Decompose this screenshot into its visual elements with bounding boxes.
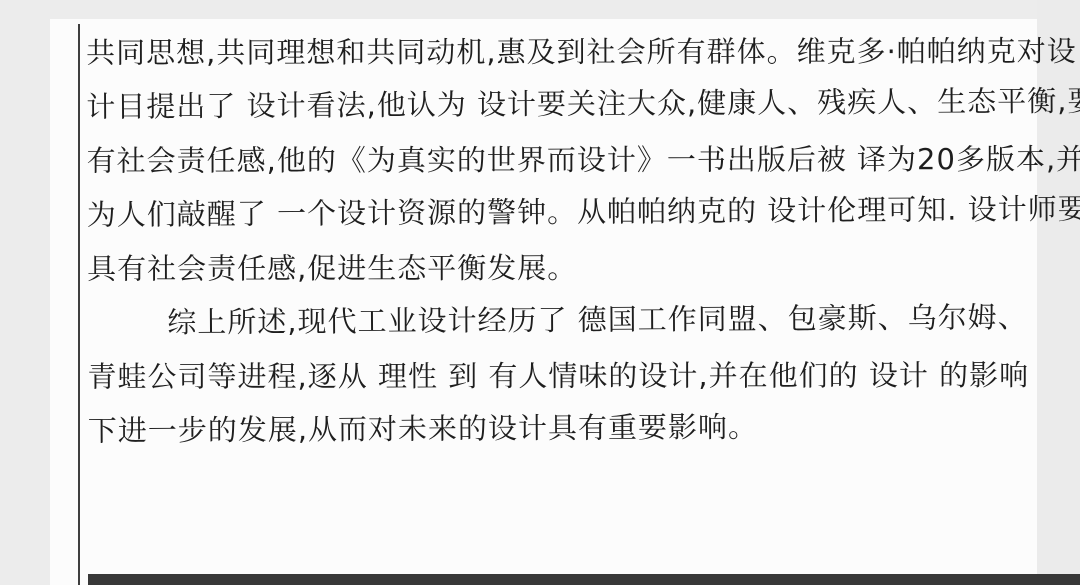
handwritten-line-3: 有社会责任感,他的《为真实的世界而设计》一书出版后被 译为20多版本,并	[87, 132, 1037, 188]
handwritten-line-1: 共同思想,共同理想和共同动机,惠及到社会所有群体。维克多·帕帕纳克对设	[86, 24, 1036, 80]
handwritten-line-8: 下进一步的发展,从而对未来的设计具有重要影响。	[88, 398, 1038, 458]
handwritten-line-7: 青蛙公司等进程,逐从 理性 到 有人情味的设计,并在他们的 设计 的影响	[87, 348, 1037, 404]
handwritten-text-block: 共同思想,共同理想和共同动机,惠及到社会所有群体。维克多·帕帕纳克对设 计目提出…	[86, 22, 1038, 458]
handwritten-line-2: 计目提出了 设计看法,他认为 设计要关注大众,健康人、残疾人、生态平衡,要	[86, 74, 1036, 134]
photo-bottom-dark-edge	[88, 574, 1080, 585]
handwritten-line-6: 综上所述,现代工业设计经历了 德国工作同盟、包豪斯、乌尔姆、	[87, 290, 1037, 350]
handwritten-line-4: 为人们敲醒了 一个设计资源的警钟。从帕帕纳克的 设计伦理可知. 设计师要	[87, 182, 1037, 242]
handwritten-line-5: 具有社会责任感,促进生态平衡发展。	[87, 240, 1037, 296]
margin-rule-line	[78, 24, 80, 585]
